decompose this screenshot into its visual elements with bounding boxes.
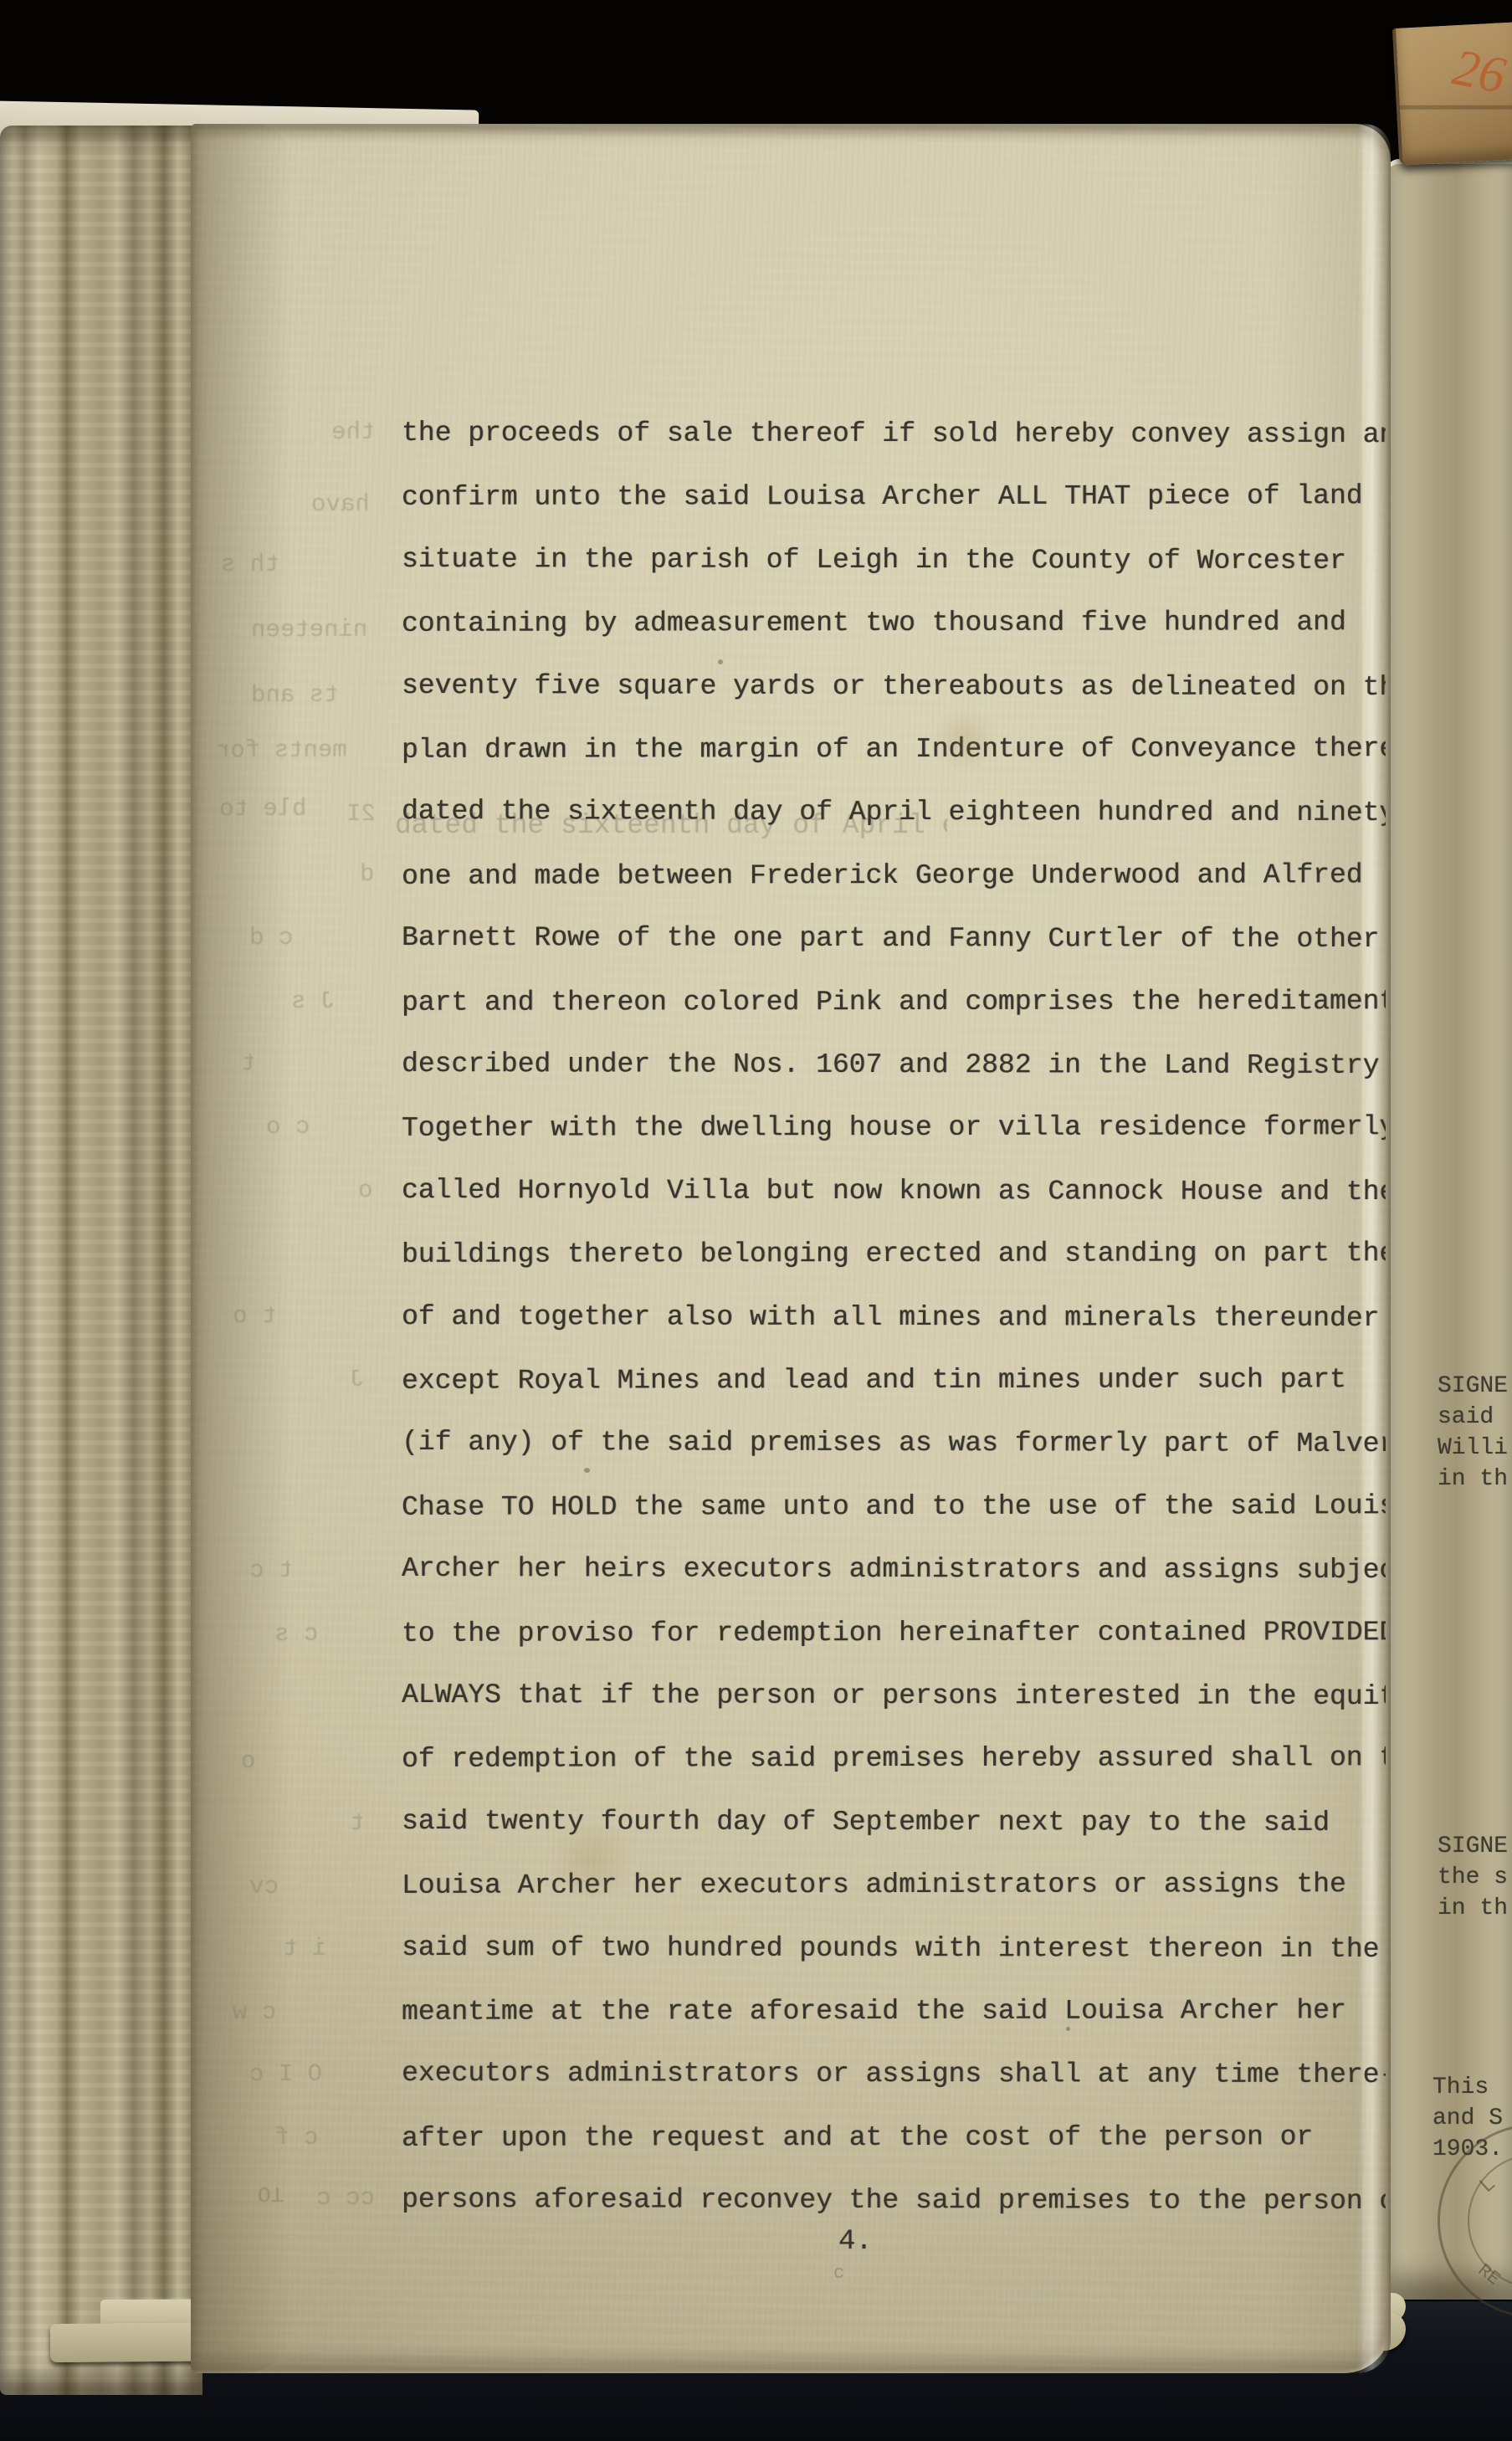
book-photo: 26 dated the sixteenth day of April eigh… xyxy=(0,0,1512,2441)
archive-paper-tab: 26 xyxy=(1392,22,1512,166)
tab-handwritten-number: 26 xyxy=(1448,38,1509,106)
typed-line: to the proviso for redemption hereinafte… xyxy=(402,1615,1386,1655)
offset-ghost-text: the xyxy=(331,418,375,446)
offset-ghost-text: c f xyxy=(274,2124,318,2151)
margin-note-line: Willi xyxy=(1438,1433,1508,1464)
offset-ghost-text: i t xyxy=(283,1935,326,1962)
typed-line: ALWAYS that if the person or persons int… xyxy=(402,1678,1386,1718)
document-page: dated the sixteenth day of April eightee… xyxy=(191,124,1391,2373)
offset-ghost-text: cv xyxy=(249,1873,279,1900)
typed-line: one and made between Frederick George Un… xyxy=(402,858,1386,898)
typed-line: said sum of two hundred pounds with inte… xyxy=(402,1931,1386,1971)
offset-ghost-text: ts and xyxy=(251,681,339,710)
typed-line: Barnett Rowe of the one part and Fanny C… xyxy=(402,921,1386,961)
typed-line: part and thereon colored Pink and compri… xyxy=(402,984,1386,1024)
typed-line: seventy five square yards or thereabouts… xyxy=(402,669,1386,709)
margin-note-line: in th xyxy=(1438,1464,1508,1495)
offset-ghost-text: c o xyxy=(266,1113,310,1141)
typed-line: containing by admeasurement two thousand… xyxy=(402,605,1386,645)
margin-note-line: SIGNE xyxy=(1438,1831,1508,1862)
margin-note-line: said xyxy=(1438,1402,1508,1433)
margin-note-signed-1: SIGNE said Willi in th xyxy=(1438,1371,1508,1495)
typed-line: meantime at the rate aforesaid the said … xyxy=(402,1993,1386,2033)
typed-line: Chase TO HOLD the same unto and to the u… xyxy=(402,1489,1386,1529)
typed-line: plan drawn in the margin of an Indenture… xyxy=(402,731,1386,772)
typed-line: executors administrators or assigns shal… xyxy=(402,2056,1386,2096)
typed-line: of redemption of the said premises hereb… xyxy=(402,1741,1386,1781)
margin-note-line: in th xyxy=(1438,1893,1508,1924)
margin-note-line: the s xyxy=(1438,1862,1508,1893)
typed-line: Together with the dwelling house or vill… xyxy=(402,1110,1386,1150)
offset-ghost-text: ble to xyxy=(219,795,307,823)
paper-speck xyxy=(584,1468,590,1473)
offset-ghost-text: t xyxy=(350,1809,365,1837)
offset-ghost-text: cc c xyxy=(316,2184,375,2212)
typed-line: said twenty fourth day of September next… xyxy=(402,1804,1386,1844)
offset-ghost-text: TO xyxy=(258,2181,284,2206)
typed-text-block: the proceeds of sale thereof if sold her… xyxy=(191,124,1391,2373)
offset-ghost-text: o xyxy=(241,1747,256,1775)
typed-line: dated the sixteenth day of April eightee… xyxy=(402,794,1386,834)
margin-note-signed-2: SIGNE the s in th xyxy=(1438,1831,1508,1924)
offset-ghost-text: t o xyxy=(233,1302,276,1330)
page-number-ghost: c xyxy=(833,2263,844,2284)
left-page-stack xyxy=(0,126,202,2395)
typed-line: confirm unto the said Louisa Archer ALL … xyxy=(402,479,1386,519)
paper-speck xyxy=(718,659,723,664)
typed-line: except Royal Mines and lead and tin mine… xyxy=(402,1362,1386,1403)
offset-ghost-text: o xyxy=(358,1177,373,1204)
paper-stain xyxy=(927,710,1002,768)
paper-speck xyxy=(1066,2027,1070,2031)
typed-line: called Hornyold Villa but now known as C… xyxy=(402,1173,1386,1213)
paper-stain xyxy=(542,1823,643,1898)
offset-ghost-text: d xyxy=(360,860,375,888)
offset-ghost-text: t c xyxy=(249,1556,293,1584)
tab-crease xyxy=(1400,105,1512,110)
next-page-edge xyxy=(1386,159,1512,2300)
offset-ghost-text: ments for xyxy=(216,736,347,765)
offset-ghost-text: O I c xyxy=(249,2060,322,2088)
offset-ghost-text: J s xyxy=(291,987,335,1015)
offset-ghost-text: c d xyxy=(249,924,293,951)
margin-note-line: SIGNE xyxy=(1438,1371,1508,1402)
offset-ghost-text: t xyxy=(241,1049,256,1077)
offset-ghost-text: c s xyxy=(274,1620,318,1648)
offset-ghost-text: th s xyxy=(221,551,279,578)
typed-line: the proceeds of sale thereof if sold her… xyxy=(402,416,1386,456)
typed-line: described under the Nos. 1607 and 2882 i… xyxy=(402,1047,1386,1087)
offset-ghost-text: c w xyxy=(233,1998,276,2026)
offset-ghost-text: havo xyxy=(311,490,370,518)
page-number: 4. xyxy=(838,2226,873,2258)
typed-line: Archer her heirs executors administrator… xyxy=(402,1551,1386,1592)
typed-line: of and together also with all mines and … xyxy=(402,1300,1386,1340)
offset-ghost-text: 2I xyxy=(346,800,376,828)
typed-line: situate in the parish of Leigh in the Co… xyxy=(402,542,1386,582)
typed-line: persons aforesaid reconvey the said prem… xyxy=(402,2182,1386,2223)
offset-ghost-text: nineteen xyxy=(251,616,367,644)
typed-line: buildings thereto belonging erected and … xyxy=(402,1236,1386,1276)
typed-line: (if any) of the said premises as was for… xyxy=(402,1425,1386,1465)
margin-note-line: This xyxy=(1433,2072,1503,2103)
typed-line: after upon the request and at the cost o… xyxy=(402,2120,1386,2160)
offset-ghost-text: J xyxy=(350,1366,365,1393)
margin-note-line: and S xyxy=(1433,2103,1503,2134)
